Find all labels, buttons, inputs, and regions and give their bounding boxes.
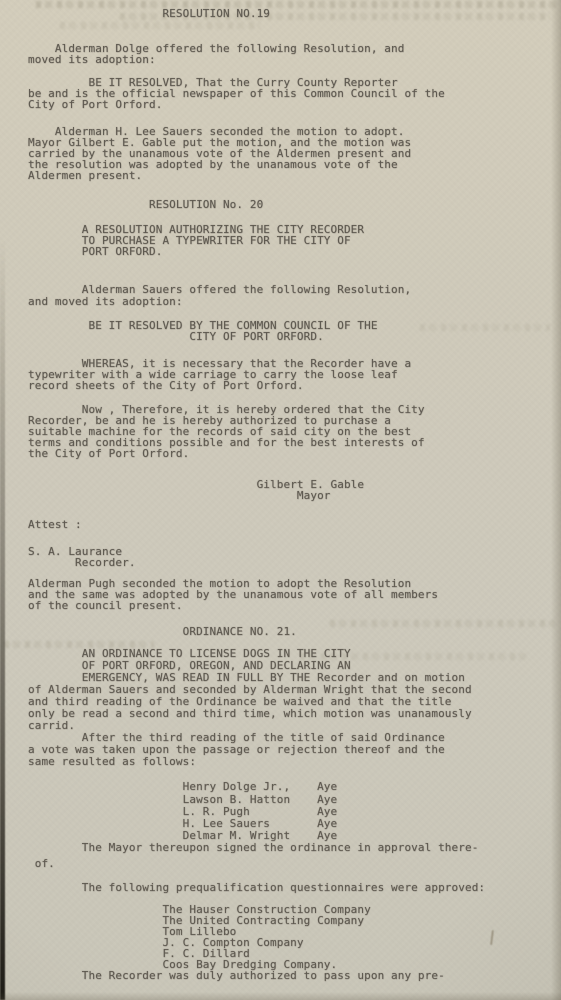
text-line: Alderman Sauers offered the following Re… bbox=[28, 284, 561, 295]
ordinance-21-title: ORDINANCE NO. 21. bbox=[28, 626, 561, 637]
resolution-20-order: Now , Therefore, it is hereby ordered th… bbox=[28, 404, 561, 459]
text-line: The Mayor thereupon signed the ordinance… bbox=[28, 842, 561, 853]
prequalification-intro: The following prequalification questionn… bbox=[28, 882, 561, 893]
text-line: RESOLUTION NO.19 bbox=[28, 8, 561, 19]
resolution-19-intro: Alderman Dolge offered the following Res… bbox=[28, 43, 561, 65]
recorder-authorization: The Recorder was duly authorized to pass… bbox=[28, 970, 561, 981]
text-line: ORDINANCE NO. 21. bbox=[28, 626, 561, 637]
typewritten-text: RESOLUTION NO.19 Alderman Dolge offered … bbox=[28, 8, 561, 981]
ordinance-21-body: AN ORDINANCE TO LICENSE DOGS IN THE CITY… bbox=[28, 648, 561, 768]
text-line: The following prequalification questionn… bbox=[28, 882, 561, 893]
text-line: Alderman H. Lee Sauers seconded the moti… bbox=[28, 126, 561, 137]
text-line: The Recorder was duly authorized to pass… bbox=[28, 970, 561, 981]
vote-roll: Henry Dolge Jr., Aye Lawson B. Hatton Ay… bbox=[28, 781, 561, 842]
binding-gutter-shadow bbox=[0, 0, 5, 1000]
document-page: RESOLUTION NO.19 Alderman Dolge offered … bbox=[0, 0, 561, 1000]
resolution-19-title: RESOLUTION NO.19 bbox=[28, 8, 561, 19]
resolution-20-resolved: BE IT RESOLVED BY THE COMMON COUNCIL OF … bbox=[28, 320, 561, 342]
resolution-19-body: BE IT RESOLVED, That the Curry County Re… bbox=[28, 77, 561, 110]
text-line: only be read a second and third time, wh… bbox=[28, 708, 561, 720]
text-line: Recorder. bbox=[28, 557, 561, 568]
text-line: Mayor bbox=[28, 490, 561, 501]
prequalification-companies: The Hauser Construction Company The Unit… bbox=[28, 904, 561, 971]
attest-label: Attest : bbox=[28, 519, 561, 530]
resolution-19-adoption: Alderman H. Lee Sauers seconded the moti… bbox=[28, 126, 561, 181]
text-line: RESOLUTION No. 20 bbox=[28, 199, 561, 210]
resolution-20-whereas: WHEREAS, it is necessary that the Record… bbox=[28, 358, 561, 391]
text-line: PORT ORFORD. bbox=[28, 246, 561, 257]
mayor-signature: Gilbert E. Gable Mayor bbox=[28, 479, 561, 501]
mayor-signed: The Mayor thereupon signed the ordinance… bbox=[28, 842, 561, 853]
mayor-signed-continuation: of. bbox=[28, 858, 561, 869]
page-edge-shadow-bottom bbox=[0, 992, 561, 1000]
text-line: Aldermen present. bbox=[28, 170, 561, 181]
text-line: Henry Dolge Jr., Aye bbox=[28, 781, 561, 793]
text-line: same resulted as follows: bbox=[28, 756, 561, 768]
text-line: Attest : bbox=[28, 519, 561, 530]
text-line: of the council present. bbox=[28, 600, 561, 611]
text-line: the City of Port Orford. bbox=[28, 448, 561, 459]
text-line: Gilbert E. Gable bbox=[28, 479, 561, 490]
recorder-signature: S. A. Laurance Recorder. bbox=[28, 546, 561, 568]
text-line: and moved its adoption: bbox=[28, 296, 561, 307]
text-line: of. bbox=[28, 858, 561, 869]
text-line: CITY OF PORT ORFORD. bbox=[28, 331, 561, 342]
resolution-20-adoption: Alderman Pugh seconded the motion to ado… bbox=[28, 578, 561, 611]
resolution-20-title: RESOLUTION No. 20 bbox=[28, 199, 561, 210]
text-line: record sheets of the City of Port Orford… bbox=[28, 380, 561, 391]
resolution-20-intro: Alderman Sauers offered the following Re… bbox=[28, 284, 561, 306]
text-line: moved its adoption: bbox=[28, 54, 561, 65]
text-line: Lawson B. Hatton Aye bbox=[28, 794, 561, 806]
text-line: City of Port Orford. bbox=[28, 99, 561, 110]
resolution-20-caption: A RESOLUTION AUTHORIZING THE CITY RECORD… bbox=[28, 224, 561, 257]
